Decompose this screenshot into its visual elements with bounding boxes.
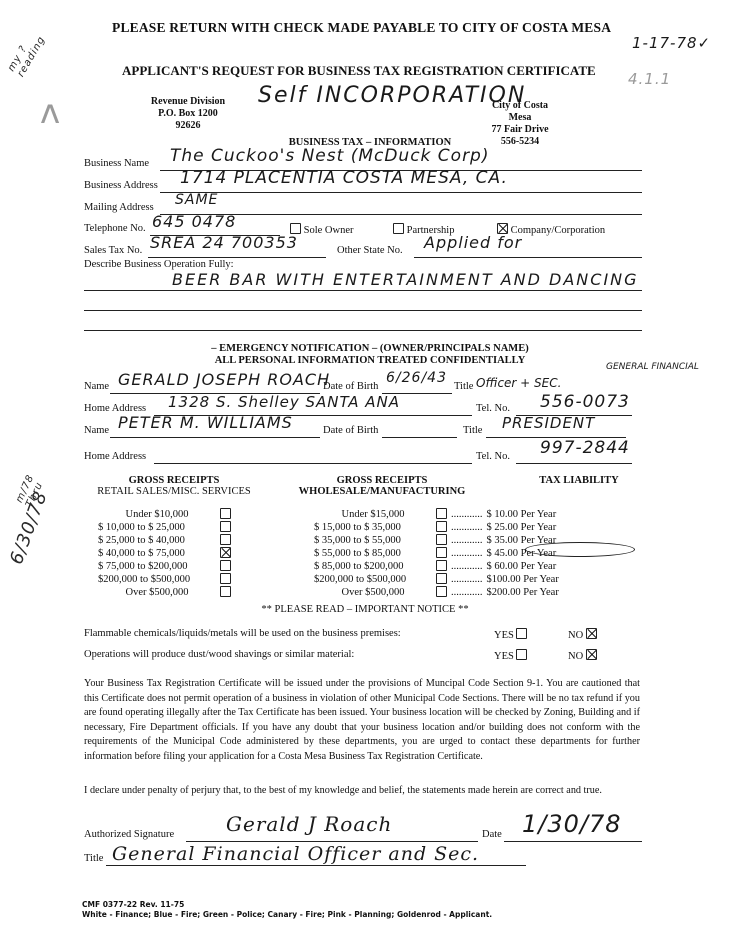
name-label: Name bbox=[84, 381, 109, 392]
wholesale-header-line: WHOLESALE/MANUFACTURING bbox=[292, 486, 472, 497]
address-line: P.O. Box 1200 bbox=[148, 108, 228, 120]
signer-title-value[interactable]: General Financial Officer and Sec. bbox=[112, 843, 479, 865]
leader-dots: ............ bbox=[449, 521, 485, 534]
other-state-value[interactable]: Applied for bbox=[424, 233, 522, 252]
person1-name[interactable]: GERALD JOSEPH ROACH bbox=[118, 370, 330, 389]
handwritten-faint-note: 4.1.1 bbox=[628, 70, 671, 88]
no-label: NO bbox=[568, 651, 583, 662]
wholesale-row: $ 35,000 to $ 55,000............$ 35.00 … bbox=[312, 534, 561, 547]
person2-name[interactable]: PETER M. WILLIAMS bbox=[118, 413, 293, 432]
leader-dots: ............ bbox=[449, 560, 485, 573]
mailing-address-label: Mailing Address bbox=[84, 202, 154, 213]
retail-checkbox[interactable] bbox=[220, 560, 231, 571]
person1-tel[interactable]: 556-0073 bbox=[540, 392, 630, 412]
tax-amount: $100.00 Per Year bbox=[485, 573, 561, 586]
wholesale-range: Under $15,000 bbox=[312, 508, 434, 521]
describe-operation-value[interactable]: BEER BAR WITH ENTERTAINMENT AND DANCING bbox=[172, 270, 639, 289]
dust-yes[interactable]: YES bbox=[494, 649, 527, 662]
wholesale-table: Under $15,000............$ 10.00 Per Yea… bbox=[312, 508, 561, 599]
wholesale-range: $ 55,000 to $ 85,000 bbox=[312, 547, 434, 560]
wholesale-checkbox[interactable] bbox=[436, 521, 447, 532]
wholesale-row: $ 55,000 to $ 85,000............$ 45.00 … bbox=[312, 547, 561, 560]
dust-yes-checkbox[interactable] bbox=[516, 649, 527, 660]
form-number: CMF 0377-22 Rev. 11-75 bbox=[82, 900, 184, 909]
tax-liability-header: TAX LIABILITY bbox=[534, 475, 624, 486]
retail-row: $200,000 to $500,000 bbox=[96, 573, 233, 586]
person1-title-line1[interactable]: GENERAL FINANCIAL bbox=[606, 362, 699, 372]
wholesale-header-line: GROSS RECEIPTS bbox=[292, 475, 472, 486]
wholesale-row: $200,000 to $500,000............$100.00 … bbox=[312, 573, 561, 586]
retail-header-line: RETAIL SALES/MISC. SERVICES bbox=[84, 486, 264, 497]
wholesale-checkbox[interactable] bbox=[436, 547, 447, 558]
title-label: Title bbox=[463, 425, 482, 436]
dob-label: Date of Birth bbox=[323, 381, 378, 392]
title-label: Title bbox=[454, 381, 473, 392]
person2-title[interactable]: PRESIDENT bbox=[502, 414, 595, 432]
describe-extra-line bbox=[84, 310, 642, 311]
home-address-label: Home Address bbox=[84, 451, 146, 462]
address-line: Revenue Division bbox=[148, 96, 228, 108]
retail-header: GROSS RECEIPTS RETAIL SALES/MISC. SERVIC… bbox=[84, 475, 264, 497]
declaration-text: I declare under penalty of perjury that,… bbox=[84, 784, 640, 799]
wholesale-row: $ 15,000 to $ 35,000............$ 25.00 … bbox=[312, 521, 561, 534]
retail-range: Over $500,000 bbox=[96, 586, 218, 599]
emergency-confidential: ALL PERSONAL INFORMATION TREATED CONFIDE… bbox=[160, 355, 580, 366]
wholesale-header: GROSS RECEIPTS WHOLESALE/MANUFACTURING bbox=[292, 475, 472, 497]
dust-no[interactable]: NO bbox=[568, 649, 597, 662]
retail-row: $ 25,000 to $ 40,000 bbox=[96, 534, 233, 547]
retail-range: $ 25,000 to $ 40,000 bbox=[96, 534, 218, 547]
describe-operation-label: Describe Business Operation Fully: bbox=[84, 259, 234, 270]
margin-note-left-small: m/78 Thru bbox=[14, 446, 59, 510]
company-corporation-label: Company/Corporation bbox=[511, 225, 606, 236]
dob-label: Date of Birth bbox=[323, 425, 378, 436]
retail-table: Under $10,000$ 10,000 to $ 25,000$ 25,00… bbox=[96, 508, 233, 599]
form-title: APPLICANT'S REQUEST FOR BUSINESS TAX REG… bbox=[122, 63, 596, 79]
copy-distribution: White - Finance; Blue - Fire; Green - Po… bbox=[82, 910, 492, 919]
wholesale-range: Over $500,000 bbox=[312, 586, 434, 599]
describe-extra-line bbox=[84, 330, 642, 331]
wholesale-range: $ 35,000 to $ 55,000 bbox=[312, 534, 434, 547]
wholesale-checkbox[interactable] bbox=[436, 560, 447, 571]
retail-row: $ 40,000 to $ 75,000 bbox=[96, 547, 233, 560]
return-notice: PLEASE RETURN WITH CHECK MADE PAYABLE TO… bbox=[112, 20, 611, 36]
wholesale-range: $ 15,000 to $ 35,000 bbox=[312, 521, 434, 534]
leader-dots: ............ bbox=[449, 586, 485, 599]
city-address: City of Costa Mesa 77 Fair Drive 556-523… bbox=[480, 100, 560, 148]
no-label: NO bbox=[568, 630, 583, 641]
dust-no-checkbox[interactable] bbox=[586, 649, 597, 660]
address-line: 77 Fair Drive bbox=[480, 124, 560, 136]
signature-value[interactable]: Gerald J Roach bbox=[226, 812, 392, 836]
title-label: Title bbox=[84, 853, 103, 864]
yes-label: YES bbox=[494, 630, 514, 641]
circled-tax-amount bbox=[525, 542, 635, 557]
business-address-label: Business Address bbox=[84, 180, 158, 191]
person2-tel[interactable]: 997-2844 bbox=[540, 438, 630, 458]
tax-amount: $200.00 Per Year bbox=[485, 586, 561, 599]
retail-range: $ 40,000 to $ 75,000 bbox=[96, 547, 218, 560]
wholesale-row: Under $15,000............$ 10.00 Per Yea… bbox=[312, 508, 561, 521]
emergency-title: – EMERGENCY NOTIFICATION – (OWNER/PRINCI… bbox=[160, 343, 580, 354]
yes-label: YES bbox=[494, 651, 514, 662]
tel-label: Tel. No. bbox=[476, 403, 510, 414]
retail-range: $ 75,000 to $200,000 bbox=[96, 560, 218, 573]
address-line: City of Costa Mesa bbox=[480, 100, 560, 124]
flammable-yes-checkbox[interactable] bbox=[516, 628, 527, 639]
other-state-label: Other State No. bbox=[337, 245, 403, 256]
wholesale-checkbox[interactable] bbox=[436, 573, 447, 584]
sales-tax-label: Sales Tax No. bbox=[84, 245, 142, 256]
margin-scribble: ʌ bbox=[40, 92, 60, 132]
address-line: 92626 bbox=[148, 120, 228, 132]
wholesale-checkbox[interactable] bbox=[436, 534, 447, 545]
person1-home-address[interactable]: 1328 S. Shelley SANTA ANA bbox=[168, 393, 400, 411]
address-line: 556-5234 bbox=[480, 136, 560, 148]
business-name-label: Business Name bbox=[84, 158, 149, 169]
person1-title-line2[interactable]: Officer + SEC. bbox=[476, 376, 561, 390]
revenue-division-address: Revenue Division P.O. Box 1200 92626 bbox=[148, 96, 228, 132]
sales-tax-value[interactable]: SREA 24 700353 bbox=[150, 233, 298, 252]
retail-checkbox[interactable] bbox=[220, 586, 231, 597]
retail-row: Over $500,000 bbox=[96, 586, 233, 599]
name-label: Name bbox=[84, 425, 109, 436]
retail-range: $ 10,000 to $ 25,000 bbox=[96, 521, 218, 534]
signature-date[interactable]: 1/30/78 bbox=[522, 810, 622, 838]
flammable-no[interactable]: NO bbox=[568, 628, 597, 641]
notice-title: ** PLEASE READ – IMPORTANT NOTICE ** bbox=[230, 604, 500, 615]
wholesale-range: $200,000 to $500,000 bbox=[312, 573, 434, 586]
leader-dots: ............ bbox=[449, 508, 485, 521]
leader-dots: ............ bbox=[449, 547, 485, 560]
partnership-checkbox[interactable] bbox=[393, 223, 404, 234]
tax-amount: $ 10.00 Per Year bbox=[485, 508, 561, 521]
retail-checkbox[interactable] bbox=[220, 521, 231, 532]
legal-paragraph: Your Business Tax Registration Certifica… bbox=[84, 677, 640, 764]
wholesale-row: $ 85,000 to $200,000............$ 60.00 … bbox=[312, 560, 561, 573]
tel-label: Tel. No. bbox=[476, 451, 510, 462]
tax-amount: $ 60.00 Per Year bbox=[485, 560, 561, 573]
wholesale-checkbox[interactable] bbox=[436, 586, 447, 597]
margin-note-top-left: my ? reading bbox=[6, 33, 45, 79]
business-name-value[interactable]: The Cuckoo's Nest (McDuck Corp) bbox=[170, 146, 490, 166]
retail-range: Under $10,000 bbox=[96, 508, 218, 521]
wholesale-range: $ 85,000 to $200,000 bbox=[312, 560, 434, 573]
person1-dob[interactable]: 6/26/43 bbox=[386, 370, 447, 386]
question-flammable: Flammable chemicals/liquids/metals will … bbox=[84, 628, 401, 639]
mailing-address-value[interactable]: SAME bbox=[175, 192, 218, 208]
retail-row: $ 10,000 to $ 25,000 bbox=[96, 521, 233, 534]
wholesale-checkbox[interactable] bbox=[436, 508, 447, 519]
flammable-yes[interactable]: YES bbox=[494, 628, 527, 641]
retail-checkbox[interactable] bbox=[220, 573, 231, 584]
handwritten-date-top: 1-17-78✓ bbox=[632, 34, 711, 52]
date-label: Date bbox=[482, 829, 502, 840]
retail-checkbox[interactable] bbox=[220, 534, 231, 545]
telephone-value[interactable]: 645 0478 bbox=[152, 212, 236, 231]
sole-owner-label: Sole Owner bbox=[304, 225, 354, 236]
telephone-label: Telephone No. bbox=[84, 223, 146, 234]
leader-dots: ............ bbox=[449, 573, 485, 586]
retail-range: $200,000 to $500,000 bbox=[96, 573, 218, 586]
retail-checkbox[interactable] bbox=[220, 547, 231, 558]
flammable-no-checkbox[interactable] bbox=[586, 628, 597, 639]
question-dust: Operations will produce dust/wood shavin… bbox=[84, 649, 354, 660]
retail-header-line: GROSS RECEIPTS bbox=[84, 475, 264, 486]
retail-row: Under $10,000 bbox=[96, 508, 233, 521]
signature-label: Authorized Signature bbox=[84, 829, 174, 840]
ownership-sole-owner[interactable]: Sole Owner bbox=[290, 223, 354, 236]
wholesale-row: Over $500,000............$200.00 Per Yea… bbox=[312, 586, 561, 599]
business-address-value[interactable]: 1714 PLACENTIA COSTA MESA, CA. bbox=[180, 168, 508, 188]
retail-row: $ 75,000 to $200,000 bbox=[96, 560, 233, 573]
leader-dots: ............ bbox=[449, 534, 485, 547]
retail-checkbox[interactable] bbox=[220, 508, 231, 519]
tax-amount: $ 25.00 Per Year bbox=[485, 521, 561, 534]
